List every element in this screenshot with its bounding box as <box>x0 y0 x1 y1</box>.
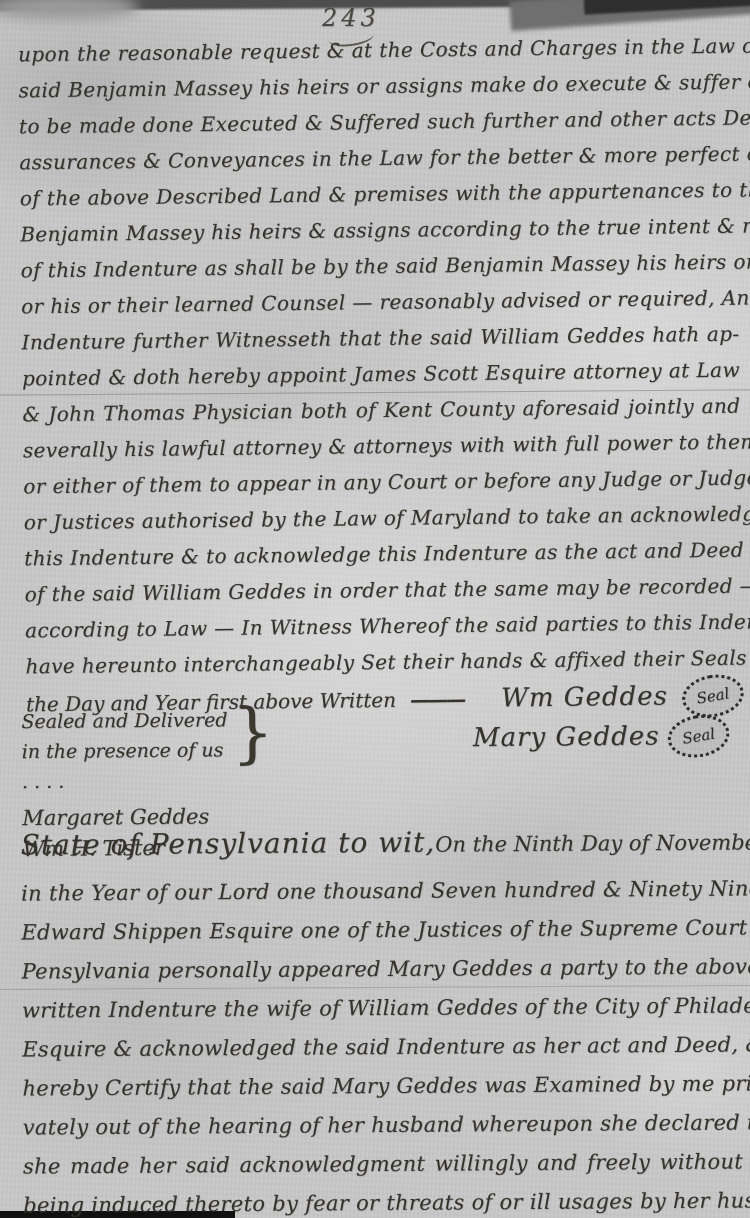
scan-corner-top-left <box>0 0 138 20</box>
seal-label: Seal <box>681 725 716 748</box>
attestation-line: in the presence of us . . . . <box>22 735 233 797</box>
manuscript-line: she made her said acknowledgment willing… <box>23 1142 743 1186</box>
manuscript-line: being induced thereto by fear or threats… <box>23 1181 743 1218</box>
acknowledgment-opening-line: State of Pensylvania to wit, On the Nint… <box>21 823 741 874</box>
manuscript-line: Esquire & acknowledged the said Indentur… <box>22 1025 742 1069</box>
mary-geddes-signature-row: Mary Geddes Seal <box>473 715 730 759</box>
manuscript-line: Edward Shippen Esquire one of the Justic… <box>21 908 741 952</box>
acknowledgment-opening: State of Pensylvania to wit, <box>21 826 436 862</box>
deed-body-paragraph: upon the reasonable request & at the Cos… <box>18 28 744 725</box>
acknowledgment-paragraph: State of Pensylvania to wit, On the Nint… <box>21 823 744 1218</box>
attestation-brace: } <box>231 703 274 763</box>
manuscript-line: written Indenture the wife of William Ge… <box>22 986 742 1030</box>
seal-stamp-mary-geddes: Seal <box>665 710 733 762</box>
acknowledgment-opening-rest: On the Ninth Day of November <box>435 830 750 856</box>
attestation-clause: Sealed and Delivered in the presence of … <box>21 705 232 797</box>
manuscript-line: hereby Certify that the said Mary Geddes… <box>22 1064 742 1108</box>
signature-mary-geddes: Mary Geddes <box>473 722 660 754</box>
manuscript-line: in the Year of our Lord one thousand Sev… <box>21 869 741 913</box>
attestation-line: Sealed and Delivered <box>21 705 231 737</box>
manuscript-line: vately out of the hearing of her husband… <box>23 1103 743 1147</box>
manuscript-page: 243 upon the reasonable request & at the… <box>0 0 750 1218</box>
manuscript-line: Pensylvania personally appeared Mary Ged… <box>21 947 741 991</box>
